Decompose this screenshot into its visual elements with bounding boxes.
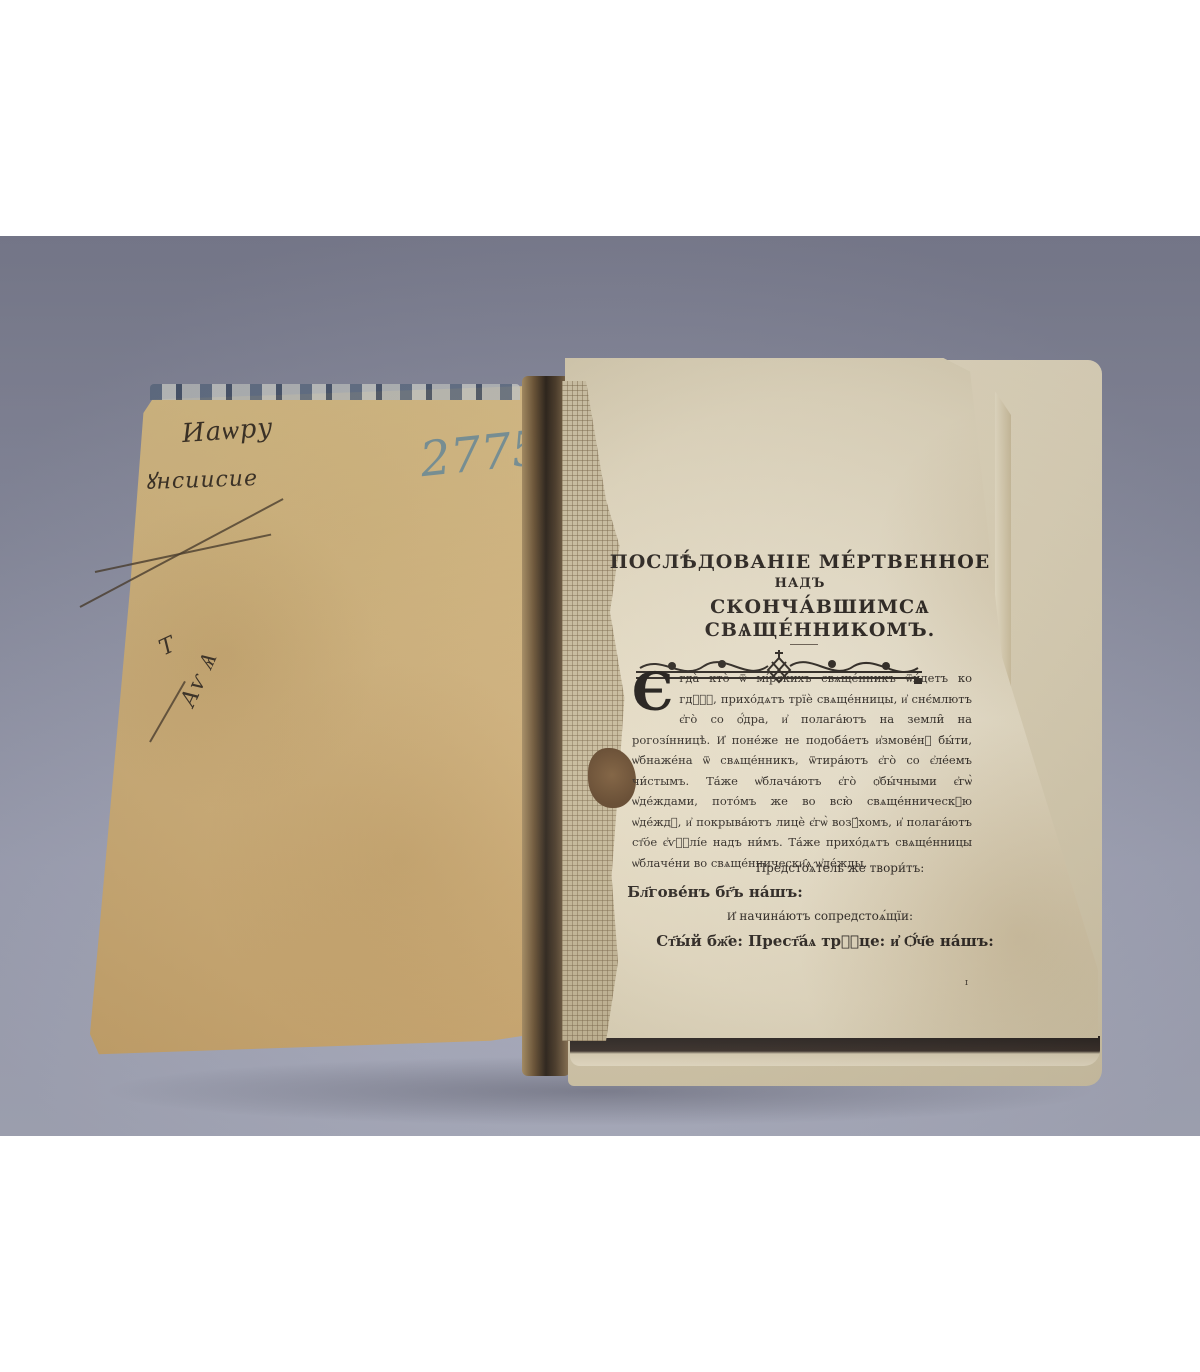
signature-mark: ɪ	[965, 978, 968, 988]
body-text: гда̀ кто̀ ѿ мі́рскихъ свѧще́нникъ ѿи́дет…	[632, 671, 972, 870]
rubric-line: Бл҃гове́нъ бг҃ъ на́шъ:	[565, 883, 865, 902]
page-title-line: СКОНЧА́ВШИМСѦ СВѦЩЕ́ННИКОМЪ.	[620, 596, 1020, 642]
handwritten-inscription-line: ꙋнсиисие	[145, 462, 259, 496]
book-photograph: Иаѡру ꙋнсиисие Т Аѵ Ѧ 2775 ПОСЛѢ́ДОВАНІ	[0, 236, 1200, 1136]
page-stack-bottom-edge	[570, 1036, 1100, 1066]
body-paragraph: Є гда̀ кто̀ ѿ мі́рскихъ свѧще́нникъ ѿи́д…	[632, 668, 972, 873]
page-title-line: ПОСЛѢ́ДОВАНІЕ МЕ́РТВЕННОЕ	[600, 551, 1000, 573]
page-title-line: НАДЪ	[600, 576, 1000, 591]
title-divider	[790, 644, 818, 645]
rubric-line: Ст҃ы́й бж҃е: Прест҃а́ѧ трⷪ҇це: и҆ Ѻ҆́ч҃е…	[615, 932, 1035, 951]
marbled-cover-edge	[150, 384, 520, 400]
handwritten-inscription-line: Иаѡру	[181, 413, 274, 449]
drop-cap: Є	[632, 670, 673, 716]
rubric-line: И҆ начина́ютъ сопредстоѧ́щїи:	[610, 909, 1030, 924]
rubric-line: Предстоѧ́тель же твори́тъ:	[630, 861, 1050, 876]
